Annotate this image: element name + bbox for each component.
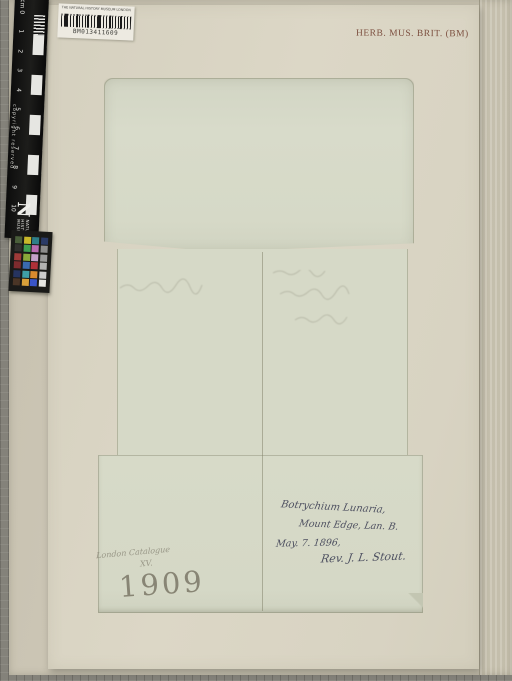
color-patch <box>31 254 38 261</box>
pencil-year: 1909 <box>118 564 206 604</box>
ruler-unit-label: cm <box>19 0 26 9</box>
ink-date: May. 7. 1896, <box>275 537 341 549</box>
color-patch <box>39 271 46 278</box>
color-patch <box>21 279 28 286</box>
color-patch <box>40 246 47 253</box>
color-patch <box>13 270 20 277</box>
barcode-header-text: THE NATURAL HISTORY MUSEUM LONDON <box>62 5 131 12</box>
ruler-tick: 0 <box>18 10 24 20</box>
color-checker-grid <box>13 236 48 287</box>
color-patch <box>23 245 30 252</box>
color-patch <box>39 263 46 270</box>
color-patch <box>30 279 37 286</box>
color-patch <box>15 236 22 243</box>
ruler-tick: 1 <box>17 30 23 40</box>
color-patch <box>40 254 47 261</box>
packet-flap <box>104 78 414 252</box>
ruler-tick: 2 <box>16 49 22 59</box>
color-patch <box>22 262 29 269</box>
color-patch <box>31 262 38 269</box>
institution-stamp: HERB. MUS. BRIT. (BM) <box>356 29 476 40</box>
color-patch <box>23 253 30 260</box>
color-patch <box>30 271 37 278</box>
ruler-block <box>32 35 44 55</box>
color-patch <box>32 237 39 244</box>
packet-corner-curl <box>404 593 423 613</box>
ruler-tick: 9 <box>10 185 16 195</box>
sheet-right-edge <box>479 0 512 675</box>
color-patch <box>14 261 21 268</box>
ruler-block <box>31 75 43 95</box>
ghost-writing <box>115 270 375 340</box>
nhm-logo-letter: N <box>12 201 33 217</box>
color-patch <box>24 236 31 243</box>
color-patch <box>15 244 22 251</box>
color-patch <box>22 270 29 277</box>
ruler-mm-comb <box>33 15 45 35</box>
ruler-tick: 4 <box>15 88 21 98</box>
ruler-tick: 3 <box>15 68 21 78</box>
color-patch <box>41 237 48 244</box>
color-patch <box>38 280 45 287</box>
herbarium-specimen-photo: cm 0 1 2 3 4 5 6 7 8 9 10 copyright rese… <box>0 0 512 681</box>
color-calibration-card <box>8 230 52 293</box>
ruler-block <box>27 155 39 175</box>
color-patch <box>14 253 21 260</box>
color-patch <box>32 245 39 252</box>
color-patch <box>13 278 20 285</box>
ruler-block <box>29 115 41 135</box>
barcode-label: THE NATURAL HISTORY MUSEUM LONDON BM0134… <box>57 3 134 40</box>
